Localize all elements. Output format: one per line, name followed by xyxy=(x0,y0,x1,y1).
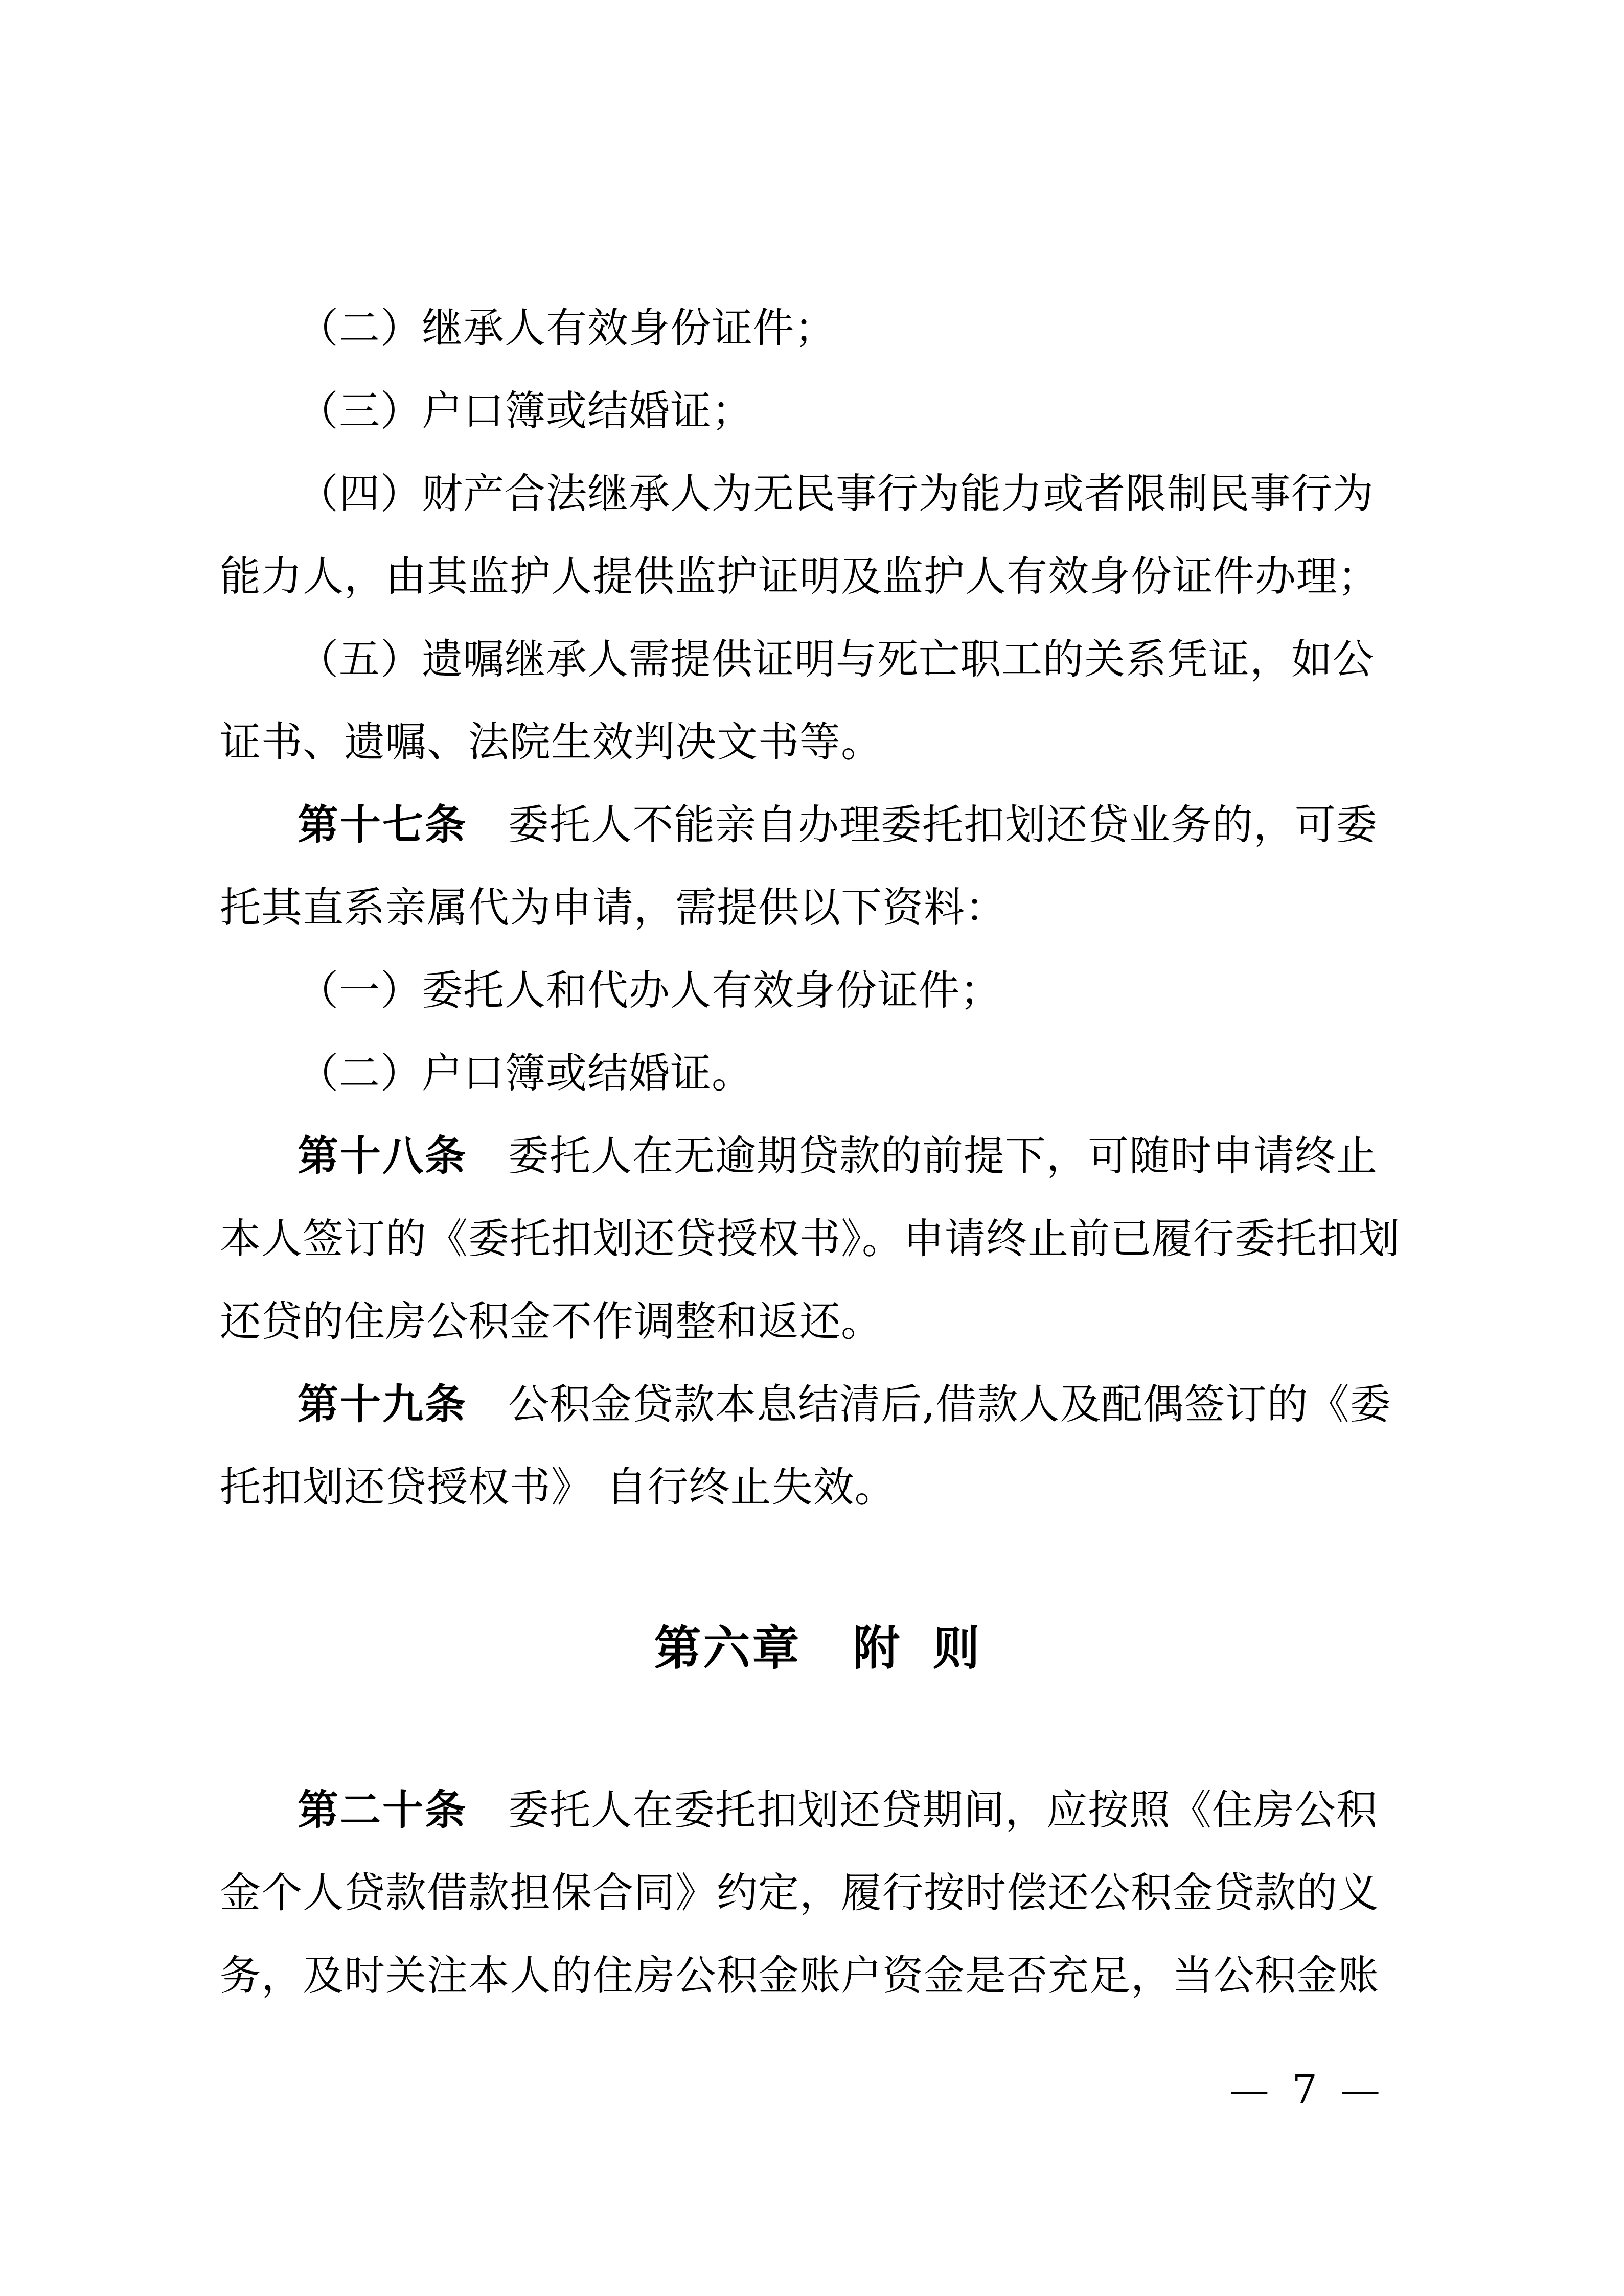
body-line: （一）委托人和代办人有效身份证件； xyxy=(220,949,1416,1032)
line-text: 公积金贷款本息结清后,借款人及配偶签订的《委 xyxy=(508,1380,1391,1428)
body-line: 托扣划还贷授权书》 自行终止失效。 xyxy=(220,1446,1416,1528)
article-number: 第二十条 xyxy=(298,1786,467,1834)
body-line: 第十七条委托人不能亲自办理委托扣划还贷业务的，可委 xyxy=(220,783,1416,866)
page-number: — 7 — xyxy=(1229,2065,1385,2116)
body-line: （五）遗嘱继承人需提供证明与死亡职工的关系凭证，如公 xyxy=(220,618,1416,701)
body-line: 证书、遗嘱、法院生效判决文书等。 xyxy=(220,701,1416,783)
chapter-number: 第六章 xyxy=(654,1621,801,1676)
article-number: 第十七条 xyxy=(298,801,467,848)
chapter-title: 附 则 xyxy=(853,1621,982,1676)
line-text: （五）遗嘱继承人需提供证明与死亡职工的关系凭证，如公 xyxy=(298,635,1374,683)
article-number: 第十八条 xyxy=(298,1132,467,1179)
body-line: 还贷的住房公积金不作调整和返还。 xyxy=(220,1280,1416,1363)
line-text: 证书、遗嘱、法院生效判决文书等。 xyxy=(220,718,882,766)
body-line: （四）财产合法继承人为无民事行为能力或者限制民事行为 xyxy=(220,452,1416,535)
line-text: 委托人在委托扣划还贷期间，应按照《住房公积 xyxy=(508,1786,1378,1834)
line-text: 托扣划还贷授权书》 自行终止失效。 xyxy=(220,1463,896,1511)
line-text: （二）户口簿或结婚证。 xyxy=(298,1049,753,1097)
body-line: 金个人贷款借款担保合同》约定，履行按时偿还公积金贷款的义 xyxy=(220,1851,1416,1934)
body-line: 托其直系亲属代为申请，需提供以下资料： xyxy=(220,866,1416,949)
line-text: （二）继承人有效身份证件； xyxy=(298,304,836,352)
line-text: 委托人不能亲自办理委托扣划还贷业务的，可委 xyxy=(508,801,1378,848)
body-line: 第二十条委托人在委托扣划还贷期间，应按照《住房公积 xyxy=(220,1769,1416,1851)
body-line: 第十八条委托人在无逾期贷款的前提下，可随时申请终止 xyxy=(220,1115,1416,1197)
line-text: 托其直系亲属代为申请，需提供以下资料： xyxy=(220,884,1007,931)
line-text: 金个人贷款借款担保合同》约定，履行按时偿还公积金贷款的义 xyxy=(220,1869,1379,1916)
body-line: （二）继承人有效身份证件； xyxy=(220,287,1416,369)
line-text: 委托人在无逾期贷款的前提下，可随时申请终止 xyxy=(508,1132,1378,1179)
chapter-heading: 第六章附 则 xyxy=(220,1607,1416,1690)
line-text: 本人签订的《委托扣划还贷授权书》。申请终止前已履行委托扣划 xyxy=(220,1215,1400,1262)
body-line: 能力人，由其监护人提供监护证明及监护人有效身份证件办理； xyxy=(220,535,1416,618)
line-text: （三）户口簿或结婚证； xyxy=(298,387,753,434)
body-line: （三）户口簿或结婚证； xyxy=(220,369,1416,452)
document-page: （二）继承人有效身份证件； （三）户口簿或结婚证； （四）财产合法继承人为无民事… xyxy=(0,0,1624,2296)
line-text: （一）委托人和代办人有效身份证件； xyxy=(298,966,1001,1014)
body-line: 本人签订的《委托扣划还贷授权书》。申请终止前已履行委托扣划 xyxy=(220,1197,1416,1280)
body-line: （二）户口簿或结婚证。 xyxy=(220,1032,1416,1115)
body-line: 第十九条公积金贷款本息结清后,借款人及配偶签订的《委 xyxy=(220,1363,1416,1446)
body-line: 务，及时关注本人的住房公积金账户资金是否充足，当公积金账 xyxy=(220,1934,1416,2017)
line-text: （四）财产合法继承人为无民事行为能力或者限制民事行为 xyxy=(298,470,1374,517)
article-number: 第十九条 xyxy=(298,1380,467,1428)
line-text: 务，及时关注本人的住房公积金账户资金是否充足，当公积金账 xyxy=(220,1952,1379,1999)
line-text: 能力人，由其监护人提供监护证明及监护人有效身份证件办理； xyxy=(220,552,1379,600)
document-body: （二）继承人有效身份证件； （三）户口簿或结婚证； （四）财产合法继承人为无民事… xyxy=(220,287,1416,2017)
line-text: 还贷的住房公积金不作调整和返还。 xyxy=(220,1297,882,1345)
